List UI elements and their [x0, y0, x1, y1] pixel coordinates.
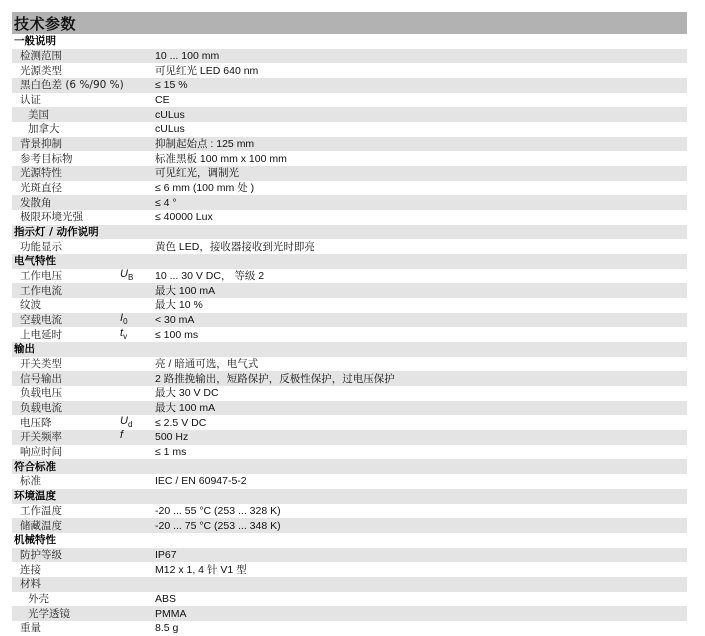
- spec-row: 空载电流I0< 30 mA: [12, 313, 687, 328]
- spec-value: < 30 mA: [155, 313, 687, 327]
- spec-label: 黑白色差 (6 %/90 %): [12, 78, 120, 92]
- spec-row: 防护等级IP67: [12, 548, 687, 563]
- spec-row: 光斑直径≤ 6 mm (100 mm 处 ): [12, 181, 687, 196]
- title-bar: 技术参数: [12, 12, 687, 34]
- spec-value: cULus: [155, 108, 687, 122]
- spec-label: 防护等级: [12, 548, 120, 562]
- spec-row: 发散角≤ 4 °: [12, 195, 687, 210]
- section-label: 指示灯 / 动作说明: [12, 225, 314, 239]
- section-label: 环境温度: [12, 489, 314, 503]
- spec-label: 负载电流: [12, 401, 120, 415]
- spec-value: 抑制起始点 : 125 mm: [155, 137, 687, 151]
- spec-value: 最大 10 %: [155, 298, 687, 312]
- spec-value: ABS: [155, 592, 687, 606]
- spec-row: 材料: [12, 577, 687, 592]
- spec-value: 最大 30 V DC: [155, 386, 687, 400]
- spec-label: 光斑直径: [12, 181, 120, 195]
- spec-value: ≤ 100 ms: [155, 328, 687, 342]
- symbol-main: U: [120, 268, 128, 280]
- spec-label: 重量: [12, 621, 120, 635]
- spec-value: ≤ 15 %: [155, 78, 687, 92]
- spec-value: -20 ... 75 °C (253 ... 348 K): [155, 519, 687, 533]
- section-label: 机械特性: [12, 533, 314, 547]
- spec-row: 背景抑制抑制起始点 : 125 mm: [12, 137, 687, 152]
- spec-label: 开关类型: [12, 357, 120, 371]
- section-heading: 输出: [12, 342, 687, 357]
- section-heading: 指示灯 / 动作说明: [12, 225, 687, 240]
- spec-value: 8.5 g: [155, 621, 687, 635]
- spec-value: ≤ 2.5 V DC: [155, 416, 687, 430]
- spec-label: 工作电流: [12, 284, 120, 298]
- symbol-main: f: [120, 429, 123, 441]
- spec-label: 光源类型: [12, 64, 120, 78]
- symbol-subscript: B: [128, 273, 133, 282]
- spec-value: ≤ 40000 Lux: [155, 210, 687, 224]
- section-heading: 符合标准: [12, 459, 687, 474]
- symbol-subscript: 0: [123, 317, 127, 326]
- spec-row: 响应时间≤ 1 ms: [12, 445, 687, 460]
- spec-row: 参考目标物标准黑板 100 mm x 100 mm: [12, 151, 687, 166]
- section-label: 电气特性: [12, 254, 314, 268]
- spec-value: ≤ 4 °: [155, 196, 687, 210]
- section-label: 一般说明: [12, 34, 314, 48]
- spec-row: 负载电压最大 30 V DC: [12, 386, 687, 401]
- spec-row: 信号输出2 路推挽输出，短路保护，反极性保护，过电压保护: [12, 371, 687, 386]
- section-heading: 机械特性: [12, 533, 687, 548]
- spec-label: 开关频率: [12, 430, 120, 444]
- spec-row: 电压降Ud≤ 2.5 V DC: [12, 415, 687, 430]
- symbol-subscript: d: [128, 420, 132, 429]
- spec-value: 最大 100 mA: [155, 401, 687, 415]
- section-heading: 一般说明: [12, 34, 687, 49]
- spec-label: 外壳: [12, 592, 120, 606]
- spec-label: 材料: [12, 577, 120, 591]
- symbol-main: U: [120, 415, 128, 427]
- spec-label: 储藏温度: [12, 519, 120, 533]
- symbol-subscript: v: [123, 332, 127, 341]
- spec-label: 连接: [12, 563, 120, 577]
- spec-value: 可见红光，调制光: [155, 166, 687, 180]
- spec-value: PMMA: [155, 607, 687, 621]
- spec-label: 电压降: [12, 416, 120, 430]
- spec-sheet: 技术参数 一般说明检测范围10 ... 100 mm光源类型可见红光 LED 6…: [12, 12, 687, 636]
- spec-value: IEC / EN 60947-5-2: [155, 474, 687, 488]
- spec-symbol: f: [120, 428, 155, 446]
- spec-value: cULus: [155, 122, 687, 136]
- spec-row: 工作温度-20 ... 55 °C (253 ... 328 K): [12, 504, 687, 519]
- spec-value: IP67: [155, 548, 687, 562]
- spec-value: 2 路推挽输出，短路保护，反极性保护，过电压保护: [155, 372, 687, 386]
- spec-label: 认证: [12, 93, 120, 107]
- spec-row: 美国cULus: [12, 107, 687, 122]
- spec-value: -20 ... 55 °C (253 ... 328 K): [155, 504, 687, 518]
- spec-label: 工作温度: [12, 504, 120, 518]
- spec-label: 光源特性: [12, 166, 120, 180]
- spec-row: 光源类型可见红光 LED 640 nm: [12, 63, 687, 78]
- spec-table: 一般说明检测范围10 ... 100 mm光源类型可见红光 LED 640 nm…: [12, 34, 687, 636]
- spec-label: 背景抑制: [12, 137, 120, 151]
- section-label: 输出: [12, 342, 314, 356]
- spec-value: 黄色 LED，接收器接收到光时即亮: [155, 240, 687, 254]
- spec-row: 加拿大cULus: [12, 122, 687, 137]
- spec-row: 工作电流最大 100 mA: [12, 283, 687, 298]
- spec-row: 纹波最大 10 %: [12, 298, 687, 313]
- spec-row: 认证CE: [12, 93, 687, 108]
- spec-value: ≤ 1 ms: [155, 445, 687, 459]
- section-label: 符合标准: [12, 460, 314, 474]
- section-heading: 环境温度: [12, 489, 687, 504]
- section-heading: 电气特性: [12, 254, 687, 269]
- spec-label: 上电延时: [12, 328, 120, 342]
- spec-label: 信号输出: [12, 372, 120, 386]
- spec-label: 负载电压: [12, 386, 120, 400]
- spec-value: 10 ... 100 mm: [155, 49, 687, 63]
- spec-label: 功能显示: [12, 240, 120, 254]
- spec-row: 检测范围10 ... 100 mm: [12, 49, 687, 64]
- spec-row: 光源特性可见红光，调制光: [12, 166, 687, 181]
- spec-row: 功能显示黄色 LED，接收器接收到光时即亮: [12, 239, 687, 254]
- spec-label: 检测范围: [12, 49, 120, 63]
- spec-row: 储藏温度-20 ... 75 °C (253 ... 348 K): [12, 518, 687, 533]
- spec-value: 10 ... 30 V DC， 等级 2: [155, 269, 687, 283]
- spec-row: 重量8.5 g: [12, 621, 687, 636]
- spec-label: 标准: [12, 474, 120, 488]
- spec-value: ≤ 6 mm (100 mm 处 ): [155, 181, 687, 195]
- page-title: 技术参数: [14, 13, 76, 34]
- spec-label: 空载电流: [12, 313, 120, 327]
- spec-label: 纹波: [12, 298, 120, 312]
- spec-label: 光学透镜: [12, 607, 120, 621]
- spec-label: 响应时间: [12, 445, 120, 459]
- spec-value: 可见红光 LED 640 nm: [155, 64, 687, 78]
- spec-label: 极限环境光强: [12, 210, 120, 224]
- spec-row: 连接M12 x 1, 4 针 V1 型: [12, 562, 687, 577]
- spec-row: 开关频率f500 Hz: [12, 430, 687, 445]
- spec-symbol: UB: [120, 267, 155, 285]
- spec-symbol: tv: [120, 326, 155, 344]
- spec-value: 最大 100 mA: [155, 284, 687, 298]
- spec-label: 参考目标物: [12, 152, 120, 166]
- spec-value: M12 x 1, 4 针 V1 型: [155, 563, 687, 577]
- spec-row: 开关类型亮 / 暗通可选，电气式: [12, 357, 687, 372]
- spec-row: 负载电流最大 100 mA: [12, 401, 687, 416]
- spec-value: 标准黑板 100 mm x 100 mm: [155, 152, 687, 166]
- spec-row: 工作电压UB10 ... 30 V DC， 等级 2: [12, 269, 687, 284]
- spec-value: 500 Hz: [155, 430, 687, 444]
- spec-label: 加拿大: [12, 122, 120, 136]
- spec-label: 美国: [12, 108, 120, 122]
- spec-label: 工作电压: [12, 269, 120, 283]
- spec-value: CE: [155, 93, 687, 107]
- spec-row: 极限环境光强≤ 40000 Lux: [12, 210, 687, 225]
- spec-row: 标准IEC / EN 60947-5-2: [12, 474, 687, 489]
- spec-label: 发散角: [12, 196, 120, 210]
- spec-row: 光学透镜PMMA: [12, 606, 687, 621]
- spec-row: 上电延时tv≤ 100 ms: [12, 327, 687, 342]
- spec-row: 黑白色差 (6 %/90 %)≤ 15 %: [12, 78, 687, 93]
- spec-row: 外壳ABS: [12, 592, 687, 607]
- spec-value: 亮 / 暗通可选，电气式: [155, 357, 687, 371]
